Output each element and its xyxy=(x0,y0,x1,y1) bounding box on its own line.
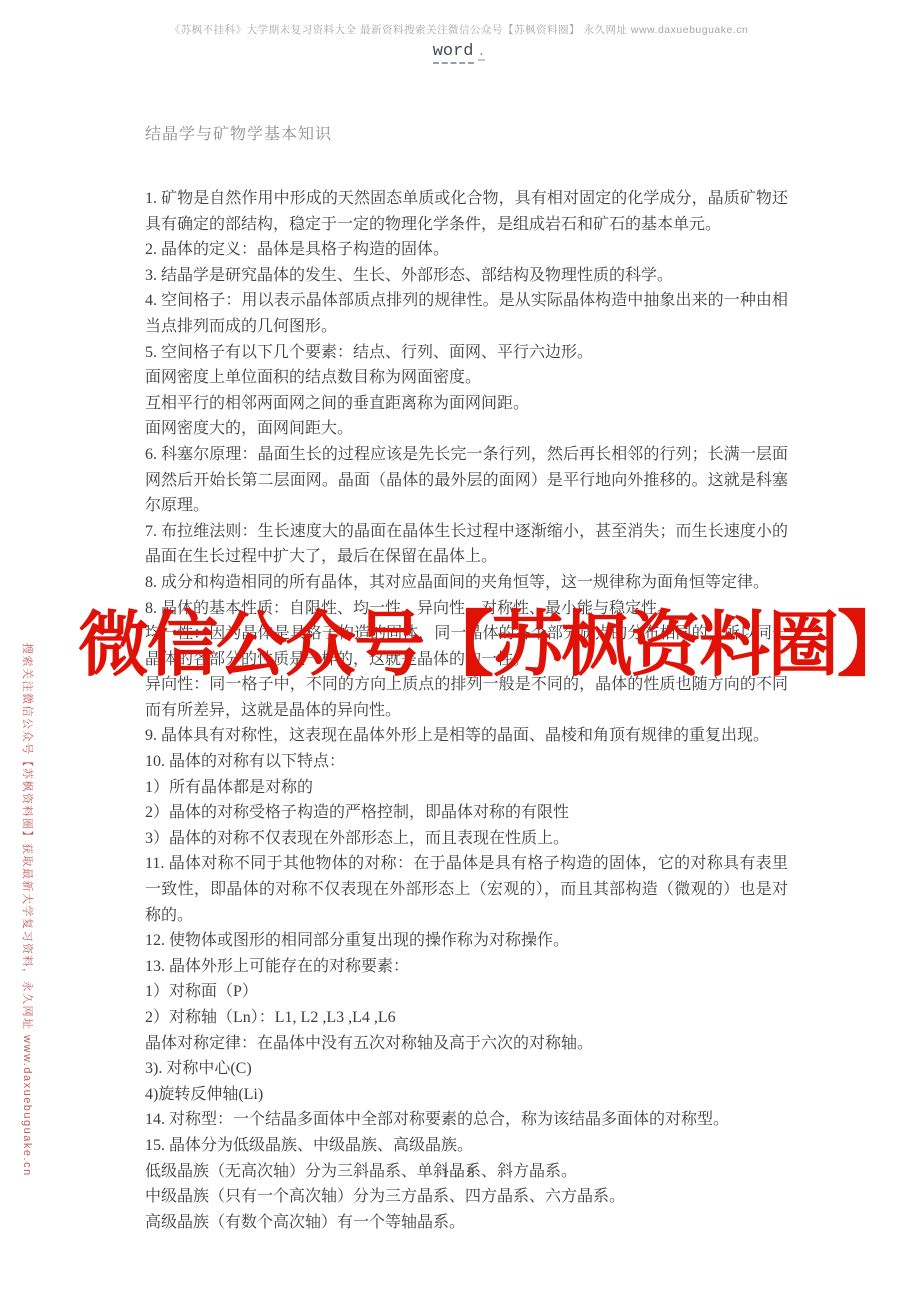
paragraph: 2）对称轴（Ln）：L1, L2 ,L3 ,L4 ,L6 xyxy=(145,1005,788,1031)
paragraph: 均一性：因为晶体是具格子构造的固体，同一晶体的各个部分质点的分布相同的，所以同一… xyxy=(145,621,788,672)
paragraph: 面网密度大的，面网间距大。 xyxy=(145,416,788,442)
paragraph: 8. 晶体的基本性质：自限性、均一性、异向性、对称性、最小能与稳定性。 xyxy=(145,596,788,622)
word-label-suffix: . xyxy=(478,44,486,61)
paragraph: 5. 空间格子有以下几个要素：结点、行列、面网、平行六边形。 xyxy=(145,340,788,366)
paragraph: 2）晶体的对称受格子构造的严格控制，即晶体对称的有限性 xyxy=(145,800,788,826)
paragraph: 中级晶族（只有一个高次轴）分为三方晶系、四方晶系、六方晶系。 xyxy=(145,1184,788,1210)
paragraph: 2. 晶体的定义：晶体是具格子构造的固体。 xyxy=(145,237,788,263)
paragraph: 3. 结晶学是研究晶体的发生、生长、外部形态、部结构及物理性质的科学。 xyxy=(145,263,788,289)
side-watermark-text: 搜索关注微信公众号【苏枫资料圈】获取最新大学复习资料，永久网址 www.daxu… xyxy=(20,643,36,1113)
paragraph: 互相平行的相邻两面网之间的垂直距离称为面网间距。 xyxy=(145,391,788,417)
promo-header-text: 《苏枫不挂科》大学期末复习资料大全 最新资料搜索关注微信公众号【苏枫资料圈】 永… xyxy=(0,22,918,37)
paragraph: 7. 布拉维法则：生长速度大的晶面在晶体生长过程中逐渐缩小，甚至消失；而生长速度… xyxy=(145,519,788,570)
document-title: 结晶学与矿物学基本知识 xyxy=(145,121,332,144)
document-page: 《苏枫不挂科》大学期末复习资料大全 最新资料搜索关注微信公众号【苏枫资料圈】 永… xyxy=(0,0,918,1298)
paragraph: 15. 晶体分为低级晶族、中级晶族、高级晶族。 xyxy=(145,1133,788,1159)
page-number: 1 / 8 xyxy=(0,1166,918,1182)
paragraph: 1）对称面（P） xyxy=(145,979,788,1005)
paragraph: 晶体对称定律：在晶体中没有五次对称轴及高于六次的对称轴。 xyxy=(145,1031,788,1057)
paragraph: 4. 空间格子：用以表示晶体部质点排列的规律性。是从实际晶体构造中抽象出来的一种… xyxy=(145,288,788,339)
paragraph: 3). 对称中心(C) xyxy=(145,1056,788,1082)
paragraph: 1）所有晶体都是对称的 xyxy=(145,775,788,801)
paragraph: 1. 矿物是自然作用中形成的天然固态单质或化合物，具有相对固定的化学成分，晶质矿… xyxy=(145,186,788,237)
paragraph: 3）晶体的对称不仅表现在外部形态上，而且表现在性质上。 xyxy=(145,826,788,852)
paragraph: 高级晶族（有数个高次轴）有一个等轴晶系。 xyxy=(145,1210,788,1236)
paragraph: 10. 晶体的对称有以下特点： xyxy=(145,749,788,775)
paragraph: 12. 使物体或图形的相同部分重复出现的操作称为对称操作。 xyxy=(145,928,788,954)
paragraph: 8. 成分和构造相同的所有晶体，其对应晶面间的夹角恒等，这一规律称为面角恒等定律… xyxy=(145,570,788,596)
paragraph: 11. 晶体对称不同于其他物体的对称：在于晶体是具有格子构造的固体，它的对称具有… xyxy=(145,851,788,928)
paragraph: 异向性：同一格子中，不同的方向上质点的排列一般是不同的，晶体的性质也随方向的不同… xyxy=(145,672,788,723)
word-label-text: word xyxy=(433,42,474,64)
document-body: 1. 矿物是自然作用中形成的天然固态单质或化合物，具有相对固定的化学成分，晶质矿… xyxy=(145,186,788,1235)
paragraph: 9. 晶体具有对称性，这表现在晶体外形上是相等的晶面、晶棱和角顶有规律的重复出现… xyxy=(145,723,788,749)
paragraph: 14. 对称型：一个结晶多面体中全部对称要素的总合，称为该结晶多面体的对称型。 xyxy=(145,1107,788,1133)
doc-type-label: word. xyxy=(0,42,918,64)
paragraph: 面网密度上单位面积的结点数目称为网面密度。 xyxy=(145,365,788,391)
paragraph: 13. 晶体外形上可能存在的对称要素： xyxy=(145,954,788,980)
paragraph: 4)旋转反伸轴(Li) xyxy=(145,1082,788,1108)
paragraph: 6. 科塞尔原理：晶面生长的过程应该是先长完一条行列，然后再长相邻的行列；长满一… xyxy=(145,442,788,519)
